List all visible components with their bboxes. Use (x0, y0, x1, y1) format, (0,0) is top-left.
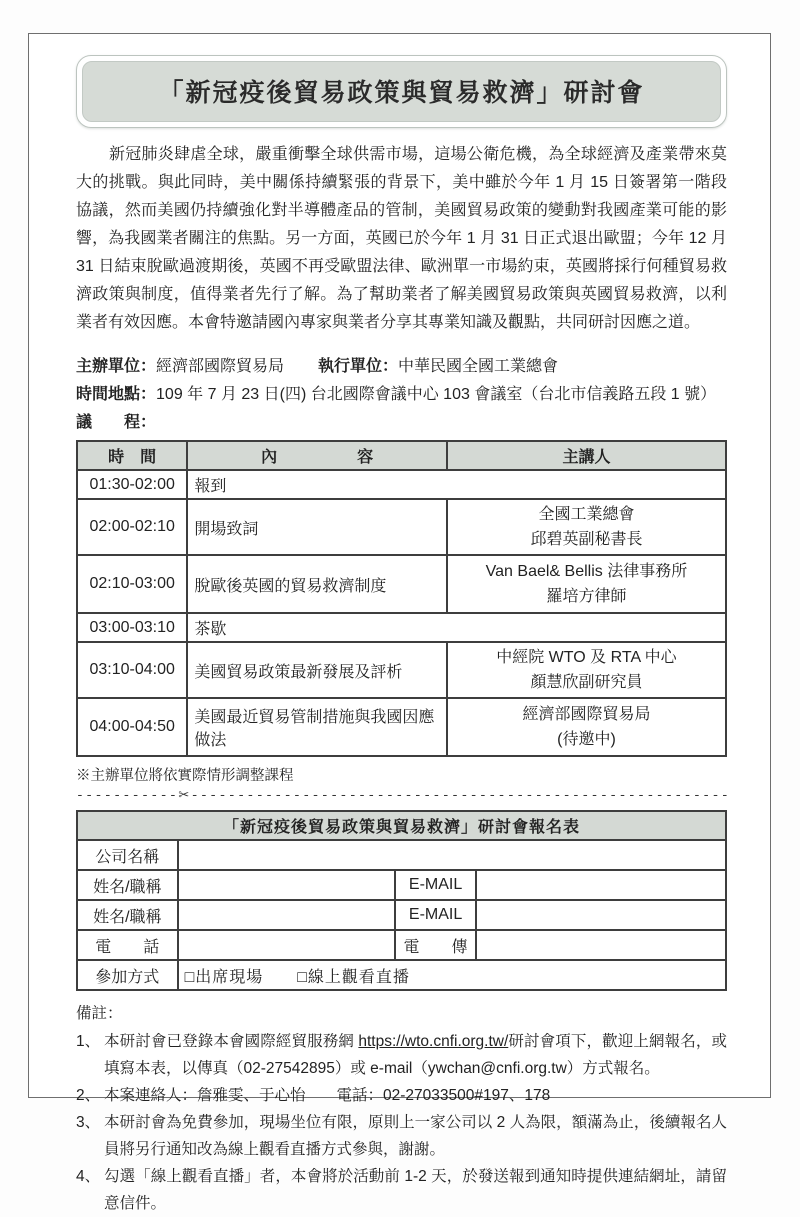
note-text: 勾選「線上觀看直播」者，本會將於活動前 1-2 天，於發送報到通知時提供連結網址… (104, 1163, 727, 1217)
agenda-content: 美國貿易政策最新發展及評析 (187, 642, 447, 698)
registration-form-table: 「新冠疫後貿易政策與貿易救濟」研討會報名表 公司名稱 姓名/職稱 E-MAIL … (76, 810, 727, 991)
intro-paragraph: 新冠肺炎肆虐全球，嚴重衝擊全球供需市場，這場公衛危機，為全球經濟及產業帶來莫大的… (76, 141, 727, 337)
form-title-row: 「新冠疫後貿易政策與貿易救濟」研討會報名表 (77, 811, 726, 840)
time-place-label: 時間地點： (76, 386, 156, 403)
note-text: 本研討會已登錄本會國際經貿服務網 https://wto.cnfi.org.tw… (104, 1028, 727, 1082)
fax-label: 電 傳 (395, 930, 476, 960)
form-row-attendee1: 姓名/職稱 E-MAIL (77, 870, 726, 900)
form-row-company: 公司名稱 (77, 840, 726, 870)
agenda-label: 議 程： (76, 414, 156, 431)
speaker-name: 羅培方律師 (454, 584, 719, 609)
agenda-content: 報到 (187, 470, 726, 499)
note-text: 本案連絡人：詹雅雯、于心怡 電話：02-27033500#197、178 (104, 1082, 727, 1109)
agenda-header-speaker: 主講人 (447, 441, 726, 470)
agenda-table: 時 間 內 容 主講人 01:30-02:00 報到 02:00-02:10 開… (76, 440, 727, 757)
name-title-field[interactable] (178, 900, 395, 930)
agenda-speaker: 全國工業總會 邱碧英副秘書長 (447, 499, 726, 555)
email-label: E-MAIL (395, 900, 476, 930)
note-number: 1、 (76, 1028, 104, 1082)
agenda-header-content: 內 容 (187, 441, 447, 470)
agenda-header-time: 時 間 (77, 441, 187, 470)
note-number: 4、 (76, 1163, 104, 1217)
agenda-content: 脫歐後英國的貿易救濟制度 (187, 555, 447, 613)
agenda-time: 02:00-02:10 (77, 499, 187, 555)
note-2: 2、 本案連絡人：詹雅雯、于心怡 電話：02-27033500#197、178 (76, 1082, 727, 1109)
agenda-time: 04:00-04:50 (77, 698, 187, 756)
agenda-speaker: 經濟部國際貿易局 (待邀中) (447, 698, 726, 756)
agenda-footnote: ※主辦單位將依實際情形調整課程 (76, 764, 727, 785)
email-field[interactable] (476, 900, 726, 930)
speaker-name: 顏慧欣副研究員 (454, 670, 719, 695)
name-title-field[interactable] (178, 870, 395, 900)
agenda-header-row: 時 間 內 容 主講人 (77, 441, 726, 470)
executor-value: 中華民國全國工業總會 (398, 358, 558, 375)
note-4: 4、 勾選「線上觀看直播」者，本會將於活動前 1-2 天，於發送報到通知時提供連… (76, 1163, 727, 1217)
scissors-cut-line: -----------✂----------------------------… (76, 788, 727, 803)
company-name-field[interactable] (178, 840, 726, 870)
agenda-time: 02:10-03:00 (77, 555, 187, 613)
speaker-org: 中經院 WTO 及 RTA 中心 (454, 645, 719, 670)
note-text: 本研討會為免費參加，現場坐位有限，原則上一家公司以 2 人為限，額滿為止，後續報… (104, 1109, 727, 1163)
time-place-line: 時間地點：109 年 7 月 23 日(四) 台北國際會議中心 103 會議室（… (76, 381, 727, 409)
agenda-time: 03:00-03:10 (77, 613, 187, 642)
organizer-label: 主辦單位： (76, 358, 156, 375)
notes-section: 備註： 1、 本研討會已登錄本會國際經貿服務網 https://wto.cnfi… (76, 1000, 727, 1217)
participation-label: 參加方式 (77, 960, 178, 990)
note-number: 2、 (76, 1082, 104, 1109)
agenda-row-teabreak: 03:00-03:10 茶歇 (77, 613, 726, 642)
speaker-org: 經濟部國際貿易局 (454, 702, 719, 727)
name-title-label: 姓名/職稱 (77, 900, 178, 930)
agenda-content: 美國最近貿易管制措施與我國因應做法 (187, 698, 447, 756)
registration-website-link[interactable]: https://wto.cnfi.org.tw/ (358, 1033, 508, 1050)
agenda-row-uk-remedy: 02:10-03:00 脫歐後英國的貿易救濟制度 Van Bael& Belli… (77, 555, 726, 613)
agenda-line: 議 程： (76, 409, 727, 437)
note-1-pre: 本研討會已登錄本會國際經貿服務網 (104, 1033, 358, 1050)
speaker-org: Van Bael& Bellis 法律事務所 (454, 559, 719, 584)
phone-field[interactable] (178, 930, 395, 960)
note-number: 3、 (76, 1109, 104, 1163)
agenda-row-checkin: 01:30-02:00 報到 (77, 470, 726, 499)
seminar-title-box: 「新冠疫後貿易政策與貿易救濟」研討會 (76, 55, 727, 128)
speaker-org: 全國工業總會 (454, 502, 719, 527)
form-title: 「新冠疫後貿易政策與貿易救濟」研討會報名表 (77, 811, 726, 840)
agenda-content: 茶歇 (187, 613, 726, 642)
time-place-value: 109 年 7 月 23 日(四) 台北國際會議中心 103 會議室（台北市信義… (156, 386, 716, 403)
email-label: E-MAIL (395, 870, 476, 900)
note-1: 1、 本研討會已登錄本會國際經貿服務網 https://wto.cnfi.org… (76, 1028, 727, 1082)
agenda-row-opening: 02:00-02:10 開場致詞 全國工業總會 邱碧英副秘書長 (77, 499, 726, 555)
scanned-document-page: 「新冠疫後貿易政策與貿易救濟」研討會 新冠肺炎肆虐全球，嚴重衝擊全球供需市場，這… (28, 33, 771, 1098)
speaker-name: 邱碧英副秘書長 (454, 527, 719, 552)
form-row-phone-fax: 電 話 電 傳 (77, 930, 726, 960)
seminar-title: 「新冠疫後貿易政策與貿易救濟」研討會 (82, 61, 721, 122)
email-field[interactable] (476, 870, 726, 900)
executor-label: 執行單位： (318, 358, 398, 375)
agenda-time: 03:10-04:00 (77, 642, 187, 698)
agenda-speaker: Van Bael& Bellis 法律事務所 羅培方律師 (447, 555, 726, 613)
organizer-value: 經濟部國際貿易局 (156, 358, 284, 375)
scissors-icon: -----------✂----------------------------… (76, 788, 727, 803)
agenda-speaker: 中經院 WTO 及 RTA 中心 顏慧欣副研究員 (447, 642, 726, 698)
name-title-label: 姓名/職稱 (77, 870, 178, 900)
form-row-attendee2: 姓名/職稱 E-MAIL (77, 900, 726, 930)
notes-label: 備註： (76, 1000, 727, 1027)
fax-field[interactable] (476, 930, 726, 960)
agenda-time: 01:30-02:00 (77, 470, 187, 499)
form-row-participation: 參加方式 □出席現場 □線上觀看直播 (77, 960, 726, 990)
organizer-line: 主辦單位：經濟部國際貿易局執行單位：中華民國全國工業總會 (76, 353, 727, 381)
agenda-row-us-controls: 04:00-04:50 美國最近貿易管制措施與我國因應做法 經濟部國際貿易局 (… (77, 698, 726, 756)
agenda-row-us-policy: 03:10-04:00 美國貿易政策最新發展及評析 中經院 WTO 及 RTA … (77, 642, 726, 698)
note-3: 3、 本研討會為免費參加，現場坐位有限，原則上一家公司以 2 人為限，額滿為止，… (76, 1109, 727, 1163)
company-name-label: 公司名稱 (77, 840, 178, 870)
agenda-content: 開場致詞 (187, 499, 447, 555)
speaker-name: (待邀中) (454, 727, 719, 752)
participation-checkboxes[interactable]: □出席現場 □線上觀看直播 (178, 960, 726, 990)
phone-label: 電 話 (77, 930, 178, 960)
